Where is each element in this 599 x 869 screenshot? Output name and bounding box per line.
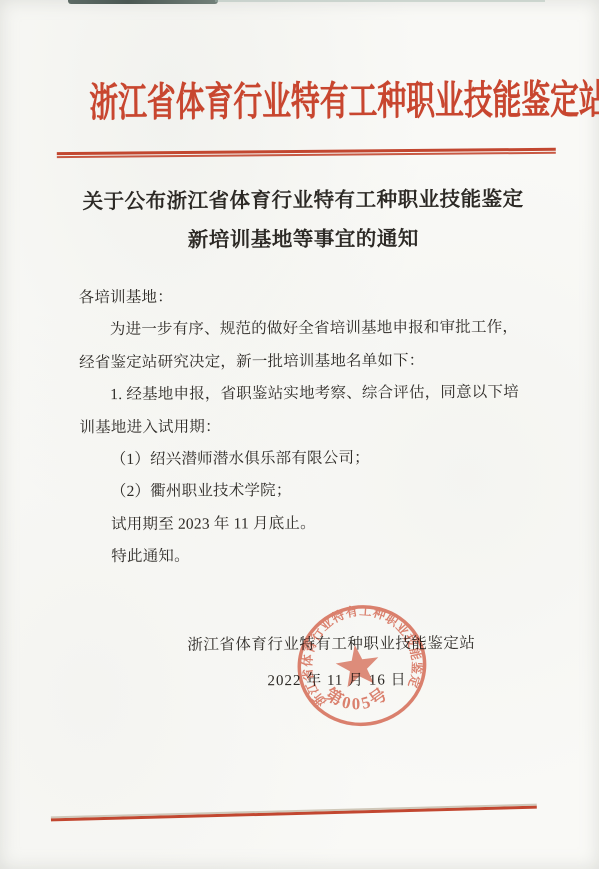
body-line: 试用期至 2023 年 11 月底止。	[80, 506, 530, 541]
footer-divider-red-line	[51, 806, 537, 821]
official-seal-stamp: 浙江省体育行业特有工种职业技能鉴定站 第005号	[280, 584, 443, 747]
letterhead-title: 浙江省体育行业特有工种职业技能鉴定站	[89, 79, 516, 128]
footer-divider-shadow-line	[51, 804, 537, 819]
footer-divider	[51, 804, 537, 821]
document-body: 各培训基地：为进一步有序、规范的做好全省培训基地申报和审批工作，经省鉴定站研究决…	[79, 280, 531, 574]
body-line: 特此通知。	[80, 539, 530, 574]
document-title-line1: 关于公布浙江省体育行业特有工种职业技能鉴定	[7, 180, 599, 223]
body-line: 1. 经基地申报，省职鉴站实地考察、综合评估，同意以下培	[79, 377, 529, 412]
document-title-line2: 新培训基地等事宜的通知	[7, 219, 599, 262]
body-line: （2）衢州职业技术学院；	[80, 474, 530, 509]
seal-star-icon	[333, 642, 382, 689]
body-line: （1）绍兴潜师潜水俱乐部有限公司；	[80, 442, 530, 477]
body-line: 训基地进入试用期：	[79, 409, 529, 444]
body-line: 经省鉴定站研究决定，新一批培训基地名单如下：	[79, 344, 529, 379]
document-title: 关于公布浙江省体育行业特有工种职业技能鉴定 新培训基地等事宜的通知	[7, 180, 599, 262]
body-line: 为进一步有序、规范的做好全省培训基地申报和审批工作，	[79, 312, 529, 347]
letterhead-divider	[57, 148, 556, 158]
body-line: 各培训基地：	[79, 280, 529, 315]
page-content: 浙江省体育行业特有工种职业技能鉴定站 关于公布浙江省体育行业特有工种职业技能鉴定…	[0, 0, 599, 869]
scanned-notice-page: 浙江省体育行业特有工种职业技能鉴定站 关于公布浙江省体育行业特有工种职业技能鉴定…	[0, 0, 599, 869]
seal-number-text: 第005号	[320, 675, 394, 718]
